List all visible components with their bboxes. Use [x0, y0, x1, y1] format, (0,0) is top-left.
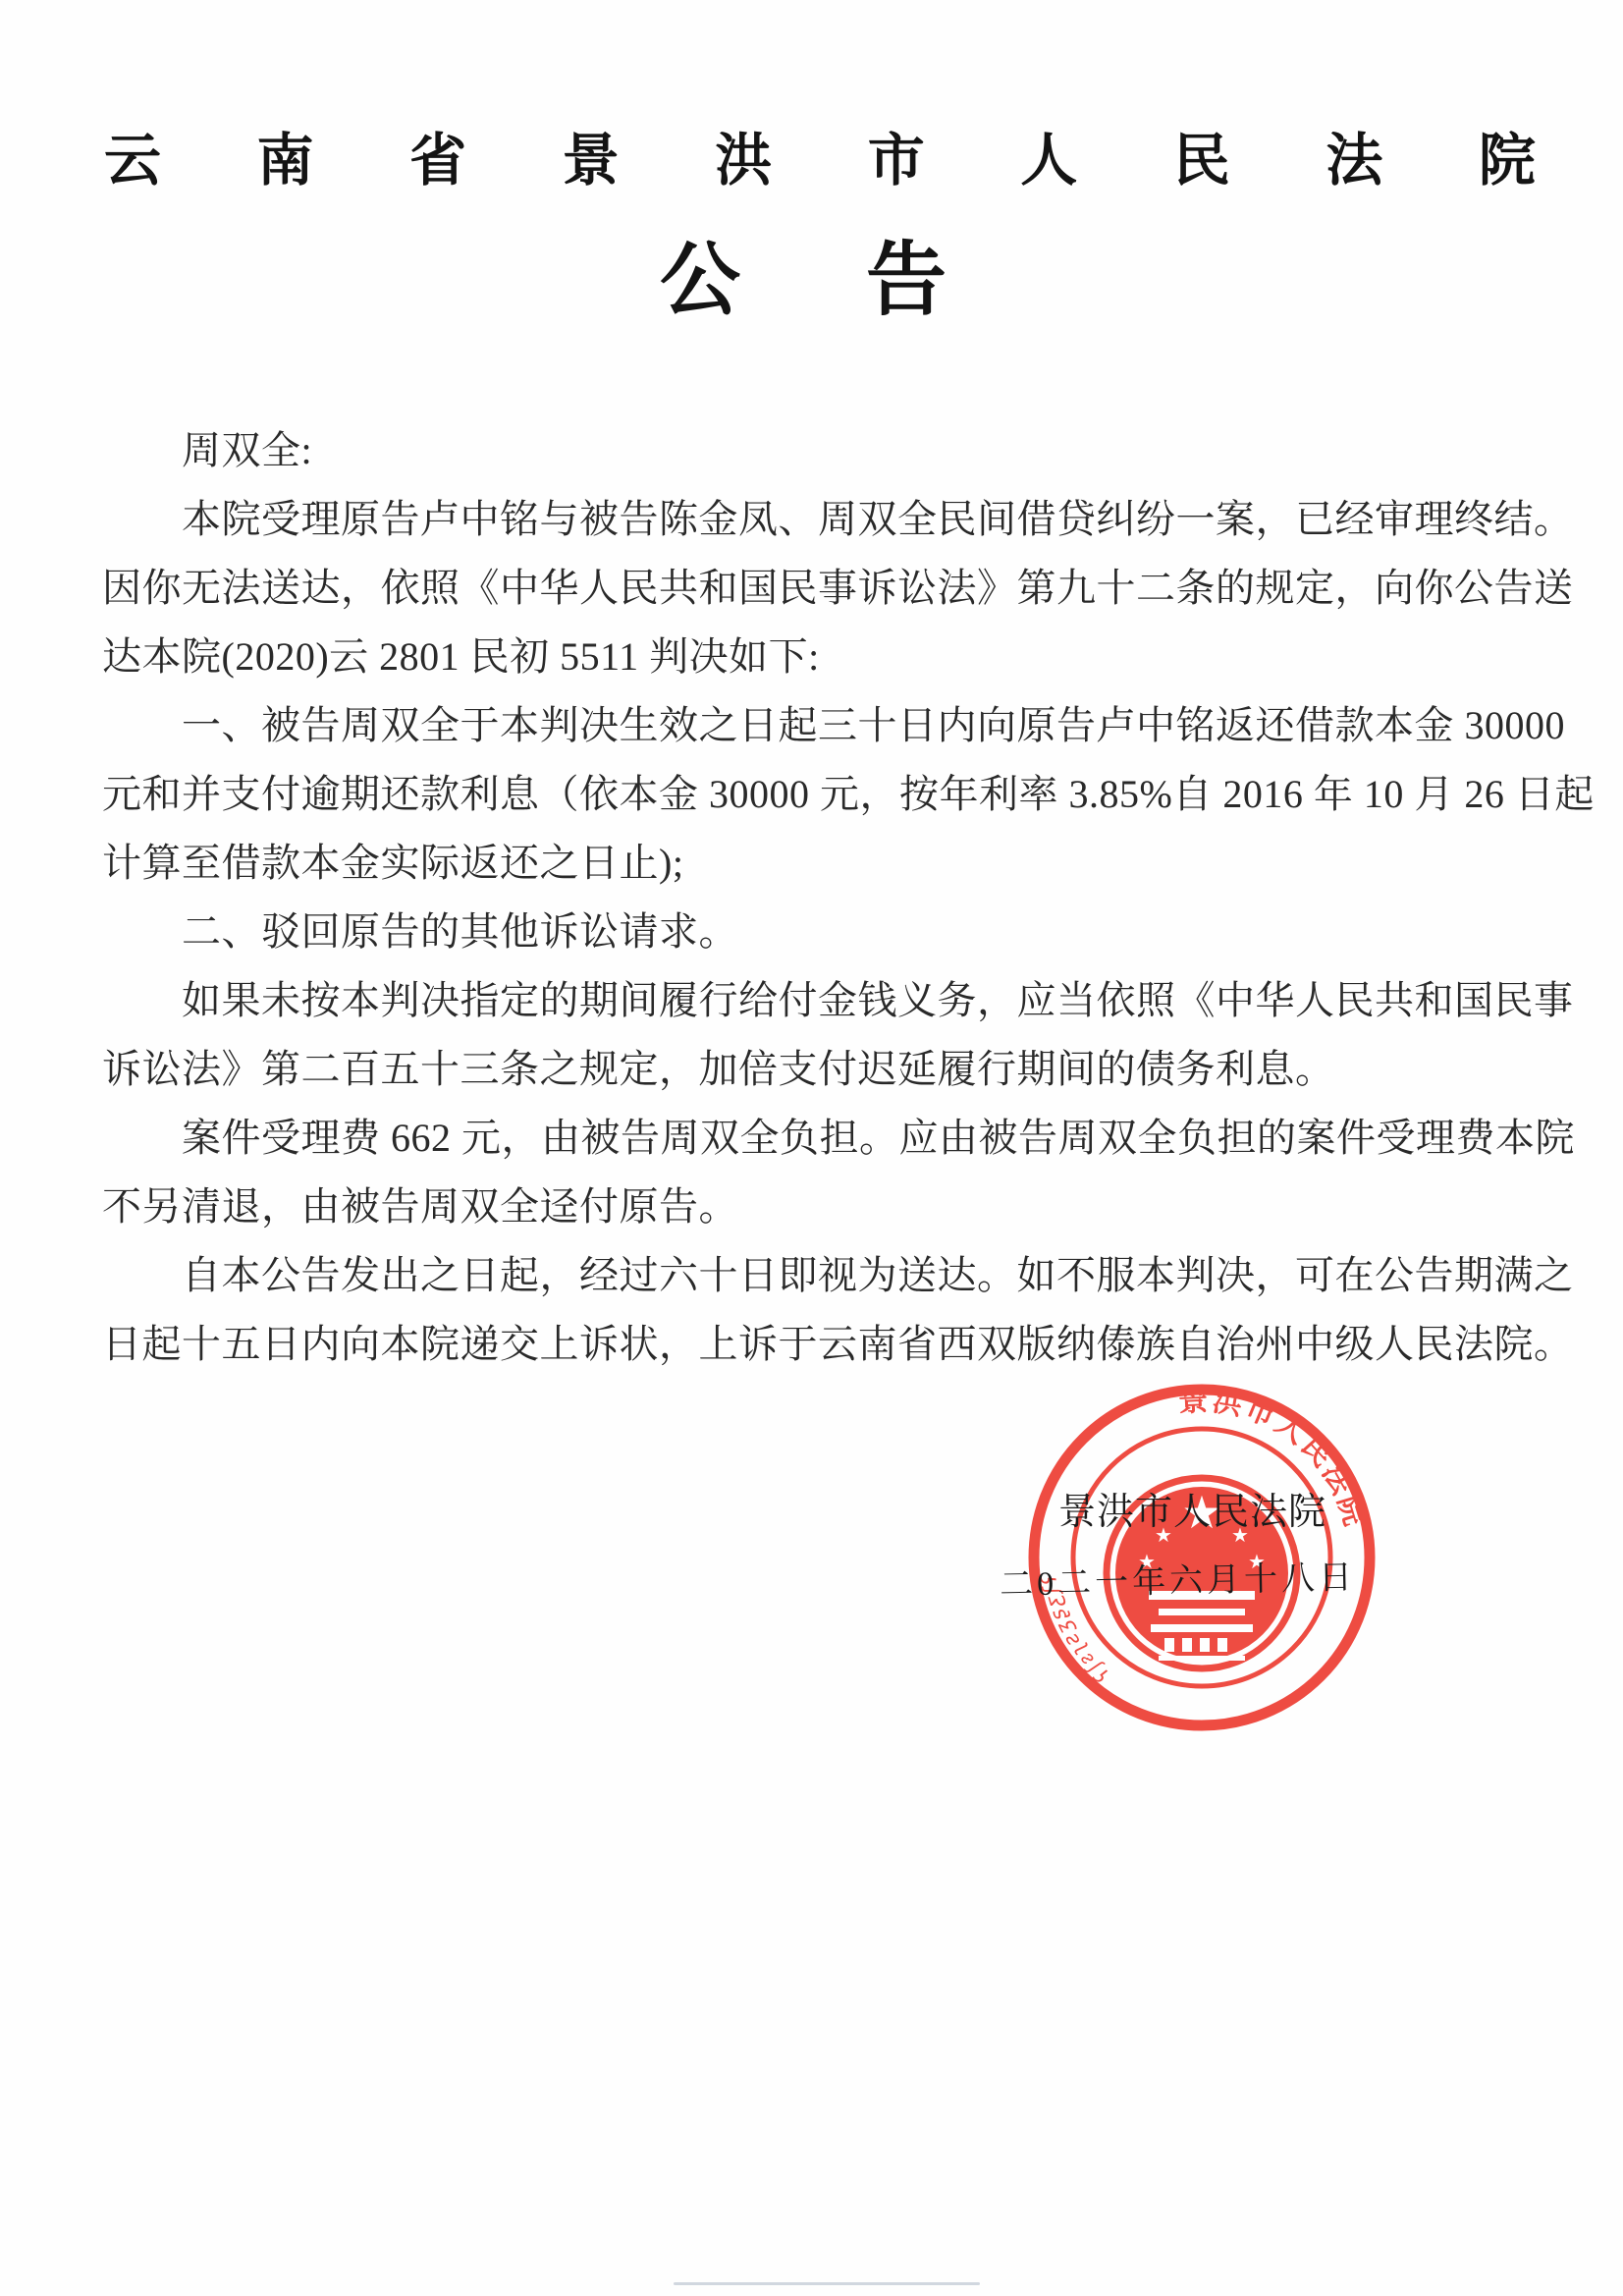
body-line: 一、被告周双全于本判决生效之日起三十日内向原告卢中铭返还借款本金 30000 [102, 691, 1545, 760]
notice-body: 周双全: 本院受理原告卢中铭与被告陈金凤、周双全民间借贷纠纷一案，已经审理终结。… [102, 416, 1545, 1379]
addressee-line: 周双全: [102, 416, 1545, 485]
doc-title: 公告 [660, 216, 947, 331]
signature-court-name: 景洪市人民法院 [1058, 1481, 1326, 1535]
scan-artifact-line [674, 2282, 980, 2285]
body-line: 如果未按本判决指定的期间履行给付金钱义务，应当依照《中华人民共和国民事 [102, 966, 1545, 1035]
signature-date: 二0二一年六月十八日 [1000, 1550, 1357, 1606]
body-line: 案件受理费 662 元，由被告周双全负担。应由被告周双全负担的案件受理费本院 [102, 1104, 1545, 1173]
court-header-title: 云南省景洪市人民法院 [104, 114, 1536, 196]
body-line: 诉讼法》第二百五十三条之规定，加倍支付迟延履行期间的债务利息。 [102, 1035, 1545, 1104]
body-line: 日起十五日内向本院递交上诉状，上诉于云南省西双版纳傣族自治州中级人民法院。 [102, 1310, 1545, 1379]
body-line: 因你无法送达，依照《中华人民共和国民事诉讼法》第九十二条的规定，向你公告送 [102, 554, 1545, 623]
body-line: 本院受理原告卢中铭与被告陈金凤、周双全民间借贷纠纷一案，已经审理终结。 [102, 485, 1545, 554]
body-line: 不另清退，由被告周双全迳付原告。 [102, 1173, 1545, 1241]
body-line: 计算至借款本金实际返还之日止); [102, 829, 1545, 898]
document-page: 云南省景洪市人民法院 公告 周双全: 本院受理原告卢中铭与被告陈金凤、周双全民间… [0, 0, 1623, 2296]
body-line: 二、驳回原告的其他诉讼请求。 [102, 898, 1545, 966]
body-line: 达本院(2020)云 2801 民初 5511 判决如下: [102, 623, 1545, 691]
body-line: 元和并支付逾期还款利息（依本金 30000 元，按年利率 3.85%自 2016… [102, 760, 1545, 829]
body-line: 自本公告发出之日起，经过六十日即视为送达。如不服本判决，可在公告期满之 [102, 1241, 1545, 1310]
